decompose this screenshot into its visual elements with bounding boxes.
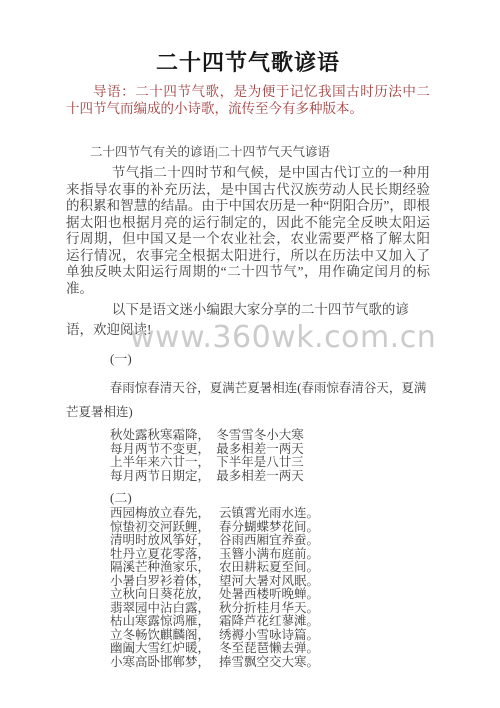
couplet-left: 立秋向日葵花放， [110, 588, 210, 602]
quatrain-line: 每月两节日期定， 最多相差一两天 [110, 470, 430, 484]
intro-paragraph: 导语：二十四节气歌，是为便于记忆我国古时历法中二十四节气而编成的小诗歌，流传至今… [66, 84, 430, 117]
couplet-row: 隔溪芒种渔家乐，农田耕耘夏至间。 [110, 561, 430, 575]
couplet-row: 小寒高卧邯郸梦，捧雪飘空交大寒。 [110, 656, 430, 670]
couplet-right: 霜降芦花红蓼滩。 [219, 615, 319, 629]
couplet-left: 小暑白罗衫着体， [110, 575, 210, 589]
section-one: (一) 春雨惊春清天谷，夏满芒夏暑相连(春雨惊春清谷天，夏满芒夏暑相连) 秋处露… [66, 352, 430, 483]
couplet-right: 处暑西楼听晚蝉。 [219, 588, 319, 602]
couplet-row: 西园梅放立春先，云镇霄光雨水连。 [110, 507, 430, 521]
couplet-right: 捧雪飘空交大寒。 [219, 656, 319, 670]
quatrain-line: 秋处露秋寒霜降， 冬雪雪冬小大寒 [110, 429, 430, 443]
section-one-label: (一) [110, 352, 430, 366]
couplet-row: 惊蛰初交河跃鲤，春分蝴蝶梦花间。 [110, 521, 430, 535]
couplet-row: 小暑白罗衫着体，望河大暑对风眠。 [110, 575, 430, 589]
document-title: 二十四节气歌谚语 [66, 50, 430, 76]
couplet-right: 秋分折桂月华天。 [219, 602, 319, 616]
couplet-right: 谷雨西厢宜养蚕。 [219, 534, 319, 548]
couplet-row: 立秋向日葵花放，处暑西楼听晚蝉。 [110, 588, 430, 602]
couplet-row: 翡翠园中沾白露，秋分折桂月华天。 [110, 602, 430, 616]
couplet-row: 清明时放风筝好，谷雨西厢宜养蚕。 [110, 534, 430, 548]
couplet-right: 玉簪小满布庭前。 [219, 548, 319, 562]
couplet-right: 农田耕耘夏至间。 [219, 561, 319, 575]
quatrain-line: 每月两节不变更， 最多相差一两天 [110, 443, 430, 457]
section-one-quatrain: 秋处露秋寒霜降， 冬雪雪冬小大寒 每月两节不变更， 最多相差一两天 上半年来六廿… [110, 429, 430, 483]
couplet-left: 幽阖大雪红炉暖， [110, 642, 210, 656]
couplet-left: 隔溪芒种渔家乐， [110, 561, 210, 575]
section-heading: 二十四节气有关的谚语|二十四节气天气谚语 [90, 145, 430, 160]
couplet-left: 枯山寒露惊鸿雁， [110, 615, 210, 629]
couplet-left: 翡翠园中沾白露， [110, 602, 210, 616]
couplet-row: 立冬畅饮麒麟阁，绣褥小雪咏诗篇。 [110, 629, 430, 643]
section-two-couplets: 西园梅放立春先，云镇霄光雨水连。 惊蛰初交河跃鲤，春分蝴蝶梦花间。 清明时放风筝… [110, 507, 430, 669]
section-two-label: (二) [110, 491, 430, 505]
couplet-right: 云镇霄光雨水连。 [219, 507, 319, 521]
couplet-row: 牡丹立夏花零落，玉簪小满布庭前。 [110, 548, 430, 562]
couplet-left: 惊蛰初交河跃鲤， [110, 521, 210, 535]
body-paragraph-1: 节气指二十四时节和气候，是中国古代订立的一种用来指导农事的补充历法，是中国古代汉… [66, 165, 430, 297]
couplet-right: 绣褥小雪咏诗篇。 [219, 629, 319, 643]
couplet-row: 幽阖大雪红炉暖，冬至琵琶懒去弹。 [110, 642, 430, 656]
couplet-left: 小寒高卧邯郸梦， [110, 656, 210, 670]
section-one-intro-couplet: 春雨惊春清天谷，夏满芒夏暑相连(春雨惊春清谷天，夏满芒夏暑相连) [66, 376, 430, 424]
couplet-left: 牡丹立夏花零落， [110, 548, 210, 562]
couplet-right: 望河大暑对风眠。 [219, 575, 319, 589]
couplet-right: 冬至琵琶懒去弹。 [219, 642, 319, 656]
couplet-row: 枯山寒露惊鸿雁，霜降芦花红蓼滩。 [110, 615, 430, 629]
document-page: 二十四节气歌谚语 导语：二十四节气歌，是为便于记忆我国古时历法中二十四节气而编成… [0, 0, 500, 708]
body-paragraph-2: 以下是语文迷小编跟大家分享的二十四节气歌的谚语，欢迎阅读! [66, 300, 430, 340]
couplet-left: 清明时放风筝好， [110, 534, 210, 548]
couplet-left: 西园梅放立春先， [110, 507, 210, 521]
section-two: (二) 西园梅放立春先，云镇霄光雨水连。 惊蛰初交河跃鲤，春分蝴蝶梦花间。 清明… [66, 491, 430, 669]
couplet-right: 春分蝴蝶梦花间。 [219, 521, 319, 535]
quatrain-line: 上半年来六廿一， 下半年是八廿三 [110, 456, 430, 470]
couplet-left: 立冬畅饮麒麟阁， [110, 629, 210, 643]
